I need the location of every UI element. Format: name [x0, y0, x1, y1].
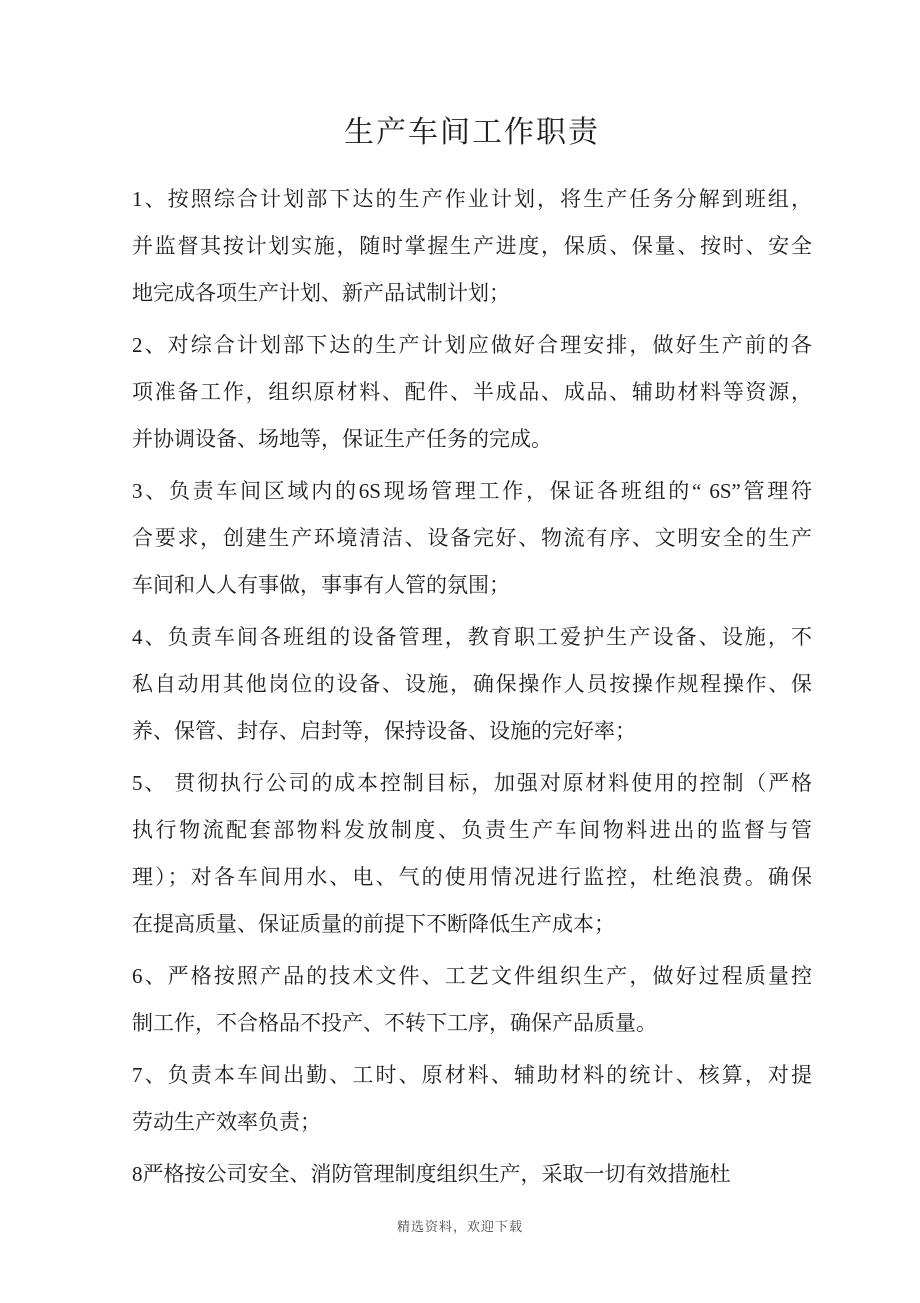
text-line: 1、按照综合计划部下达的生产作业计划，将生产任务分解到班组，: [132, 176, 812, 223]
text-line: 理）；对各车间用水、电、气的使用情况进行监控，杜绝浪费。确保: [132, 854, 812, 901]
text-line: 6、严格按照产品的技术文件、工艺文件组织生产，做好过程质量控: [132, 953, 812, 1000]
text-line: 项准备工作，组织原材料、配件、半成品、成品、辅助材料等资源，: [132, 369, 812, 416]
paragraph-3: 3、负责车间区域内的6S现场管理工作，保证各班组的“ 6S”管理符 合要求，创建…: [132, 468, 812, 609]
paragraph-6: 6、严格按照产品的技术文件、工艺文件组织生产，做好过程质量控 制工作，不合格品不…: [132, 953, 812, 1047]
paragraph-1: 1、按照综合计划部下达的生产作业计划，将生产任务分解到班组， 并监督其按计划实施…: [132, 176, 812, 317]
text-line: 地完成各项生产计划、新产品试制计划；: [132, 270, 812, 317]
text-line: 并监督其按计划实施，随时掌握生产进度，保质、保量、按时、安全: [132, 223, 812, 270]
text-line: 2、对综合计划部下达的生产计划应做好合理安排，做好生产前的各: [132, 322, 812, 369]
text-line: 车间和人人有事做，事事有人管的氛围；: [132, 562, 812, 609]
text-line: 劳动生产效率负责；: [132, 1099, 812, 1146]
text-line: 5、 贯彻执行公司的成本控制目标，加强对原材料使用的控制（严格: [132, 760, 812, 807]
document-body: 1、按照综合计划部下达的生产作业计划，将生产任务分解到班组， 并监督其按计划实施…: [132, 176, 812, 1198]
paragraph-7: 7、负责本车间出勤、工时、原材料、辅助材料的统计、核算，对提 劳动生产效率负责；: [132, 1052, 812, 1146]
text-line: 4、负责车间各班组的设备管理，教育职工爱护生产设备、设施，不: [132, 614, 812, 661]
text-line: 制工作，不合格品不投产、不转下工序，确保产品质量。: [132, 1000, 812, 1047]
text-line: 并协调设备、场地等，保证生产任务的完成。: [132, 416, 812, 463]
text-line: 合要求，创建生产环境清洁、设备完好、物流有序、文明安全的生产: [132, 515, 812, 562]
paragraph-5: 5、 贯彻执行公司的成本控制目标，加强对原材料使用的控制（严格 执行物流配套部物…: [132, 760, 812, 948]
text-line: 执行物流配套部物料发放制度、负责生产车间物料进出的监督与管: [132, 807, 812, 854]
document-page: 生产车间工作职责 1、按照综合计划部下达的生产作业计划，将生产任务分解到班组， …: [0, 0, 920, 1303]
text-line: 3、负责车间区域内的6S现场管理工作，保证各班组的“ 6S”管理符: [132, 468, 812, 515]
paragraph-2: 2、对综合计划部下达的生产计划应做好合理安排，做好生产前的各 项准备工作，组织原…: [132, 322, 812, 463]
text-line: 私自动用其他岗位的设备、设施，确保操作人员按操作规程操作、保: [132, 661, 812, 708]
footer-note: 精选资料，欢迎下载: [0, 1218, 920, 1236]
text-line: 7、负责本车间出勤、工时、原材料、辅助材料的统计、核算，对提: [132, 1052, 812, 1099]
text-line: 养、保管、封存、启封等，保持设备、设施的完好率；: [132, 708, 812, 755]
text-line: 在提高质量、保证质量的前提下不断降低生产成本；: [132, 901, 812, 948]
paragraph-4: 4、负责车间各班组的设备管理，教育职工爱护生产设备、设施，不 私自动用其他岗位的…: [132, 614, 812, 755]
page-title: 生产车间工作职责: [132, 112, 812, 154]
text-line: 8严格按公司安全、消防管理制度组织生产，采取一切有效措施杜: [132, 1151, 812, 1198]
document-content: 生产车间工作职责 1、按照综合计划部下达的生产作业计划，将生产任务分解到班组， …: [132, 0, 812, 1203]
paragraph-8: 8严格按公司安全、消防管理制度组织生产，采取一切有效措施杜: [132, 1151, 812, 1198]
